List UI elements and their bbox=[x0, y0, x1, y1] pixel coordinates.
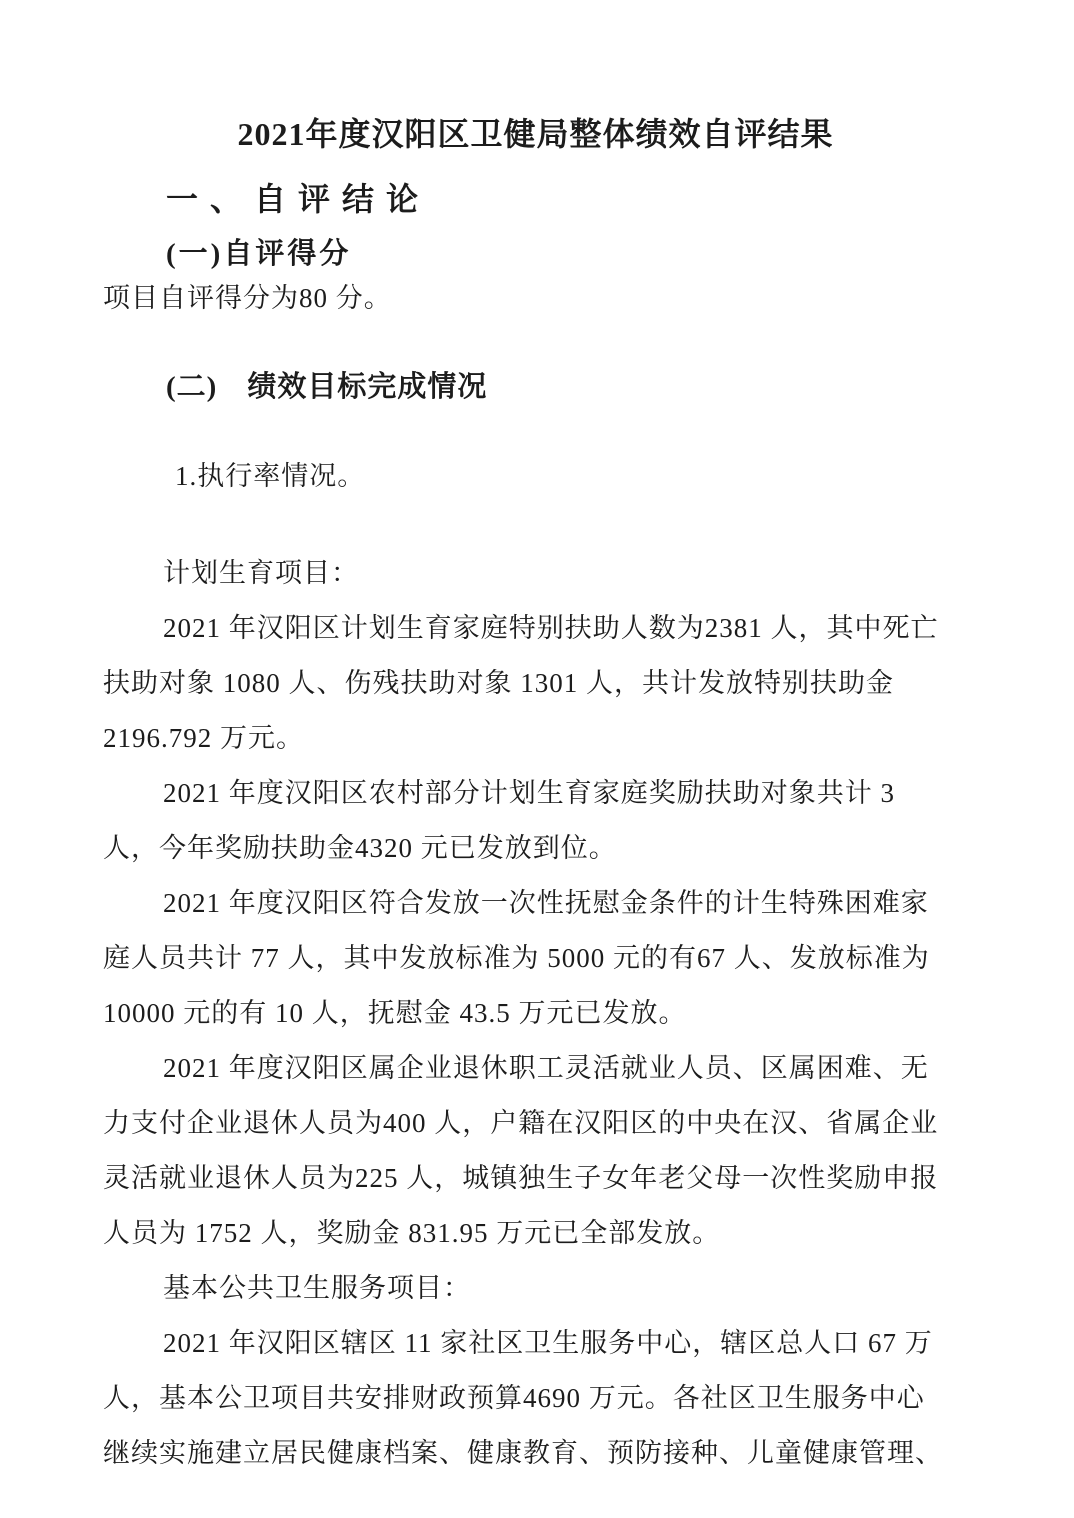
document-title: 2021年度汉阳区卫健局整体绩效自评结果 bbox=[103, 112, 968, 156]
paragraph-line: 2021 年汉阳区辖区 11 家社区卫生服务中心，辖区总人口 67 万 bbox=[103, 1316, 968, 1371]
family-planning-para-1: 2021 年汉阳区计划生育家庭特别扶助人数为2381 人，其中死亡 扶助对象 1… bbox=[103, 601, 968, 766]
paragraph-line: 庭人员共计 77 人，其中发放标准为 5000 元的有67 人、发放标准为 bbox=[103, 931, 968, 986]
public-health-para-1: 2021 年汉阳区辖区 11 家社区卫生服务中心，辖区总人口 67 万 人，基本… bbox=[103, 1316, 968, 1481]
section-1-heading: 一、自评结论 bbox=[166, 178, 968, 220]
execution-rate-item: 1.执行率情况。 bbox=[103, 456, 968, 496]
family-planning-para-2: 2021 年度汉阳区农村部分计划生育家庭奖励扶助对象共计 3 人，今年奖励扶助金… bbox=[103, 766, 968, 876]
paragraph-line: 2021 年度汉阳区农村部分计划生育家庭奖励扶助对象共计 3 bbox=[103, 766, 968, 821]
paragraph-line: 2021 年度汉阳区属企业退休职工灵活就业人员、区属困难、无 bbox=[103, 1041, 968, 1096]
paragraph-line: 扶助对象 1080 人、伤残扶助对象 1301 人，共计发放特别扶助金 bbox=[103, 656, 968, 711]
paragraph-line: 2021 年度汉阳区符合发放一次性抚慰金条件的计生特殊困难家 bbox=[103, 876, 968, 931]
family-planning-para-3: 2021 年度汉阳区符合发放一次性抚慰金条件的计生特殊困难家 庭人员共计 77 … bbox=[103, 876, 968, 1041]
paragraph-line: 灵活就业退休人员为225 人，城镇独生子女年老父母一次性奖励申报 bbox=[103, 1151, 968, 1206]
subsection-1-heading: (一)自评得分 bbox=[166, 234, 968, 274]
paragraph-line: 人，基本公卫项目共安排财政预算4690 万元。各社区卫生服务中心 bbox=[103, 1371, 968, 1426]
public-health-label: 基本公共卫生服务项目： bbox=[103, 1261, 968, 1316]
subsection-2-heading: (二) 绩效目标完成情况 bbox=[166, 366, 968, 408]
paragraph-line: 继续实施建立居民健康档案、健康教育、预防接种、儿童健康管理、 bbox=[103, 1426, 968, 1481]
self-score-text: 项目自评得分为80 分。 bbox=[103, 278, 968, 318]
paragraph-line: 人员为 1752 人，奖励金 831.95 万元已全部发放。 bbox=[103, 1206, 968, 1261]
paragraph-line: 人，今年奖励扶助金4320 元已发放到位。 bbox=[103, 821, 968, 876]
paragraph-line: 10000 元的有 10 人，抚慰金 43.5 万元已发放。 bbox=[103, 986, 968, 1041]
paragraph-line: 2021 年汉阳区计划生育家庭特别扶助人数为2381 人，其中死亡 bbox=[103, 601, 968, 656]
family-planning-para-4: 2021 年度汉阳区属企业退休职工灵活就业人员、区属困难、无 力支付企业退休人员… bbox=[103, 1041, 968, 1261]
paragraph-line: 2196.792 万元。 bbox=[103, 711, 968, 766]
family-planning-label: 计划生育项目： bbox=[103, 546, 968, 601]
paragraph-line: 力支付企业退休人员为400 人，户籍在汉阳区的中央在汉、省属企业 bbox=[103, 1096, 968, 1151]
document-page: 2021年度汉阳区卫健局整体绩效自评结果 一、自评结论 (一)自评得分 项目自评… bbox=[0, 0, 1074, 1518]
